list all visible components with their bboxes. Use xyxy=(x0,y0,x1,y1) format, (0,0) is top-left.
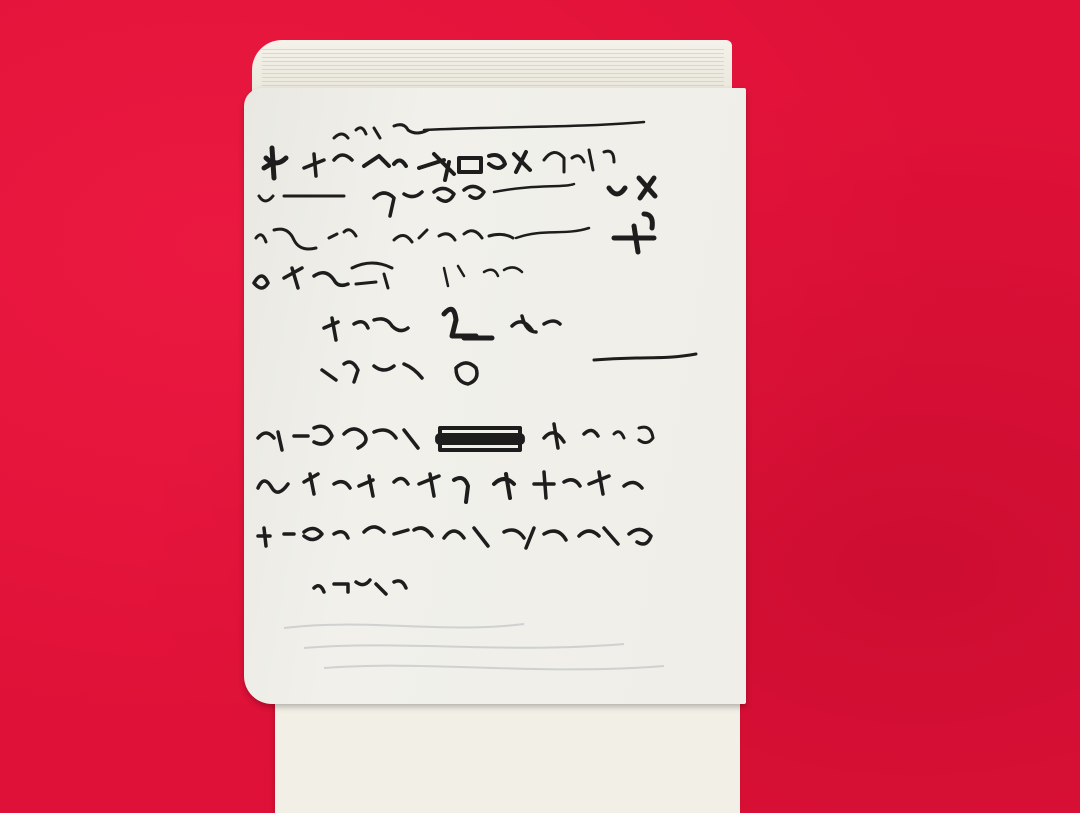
page-edges xyxy=(262,46,724,86)
handwritten-page xyxy=(244,88,746,704)
handwriting-strokes xyxy=(244,88,746,704)
lower-blank-page xyxy=(275,690,740,813)
